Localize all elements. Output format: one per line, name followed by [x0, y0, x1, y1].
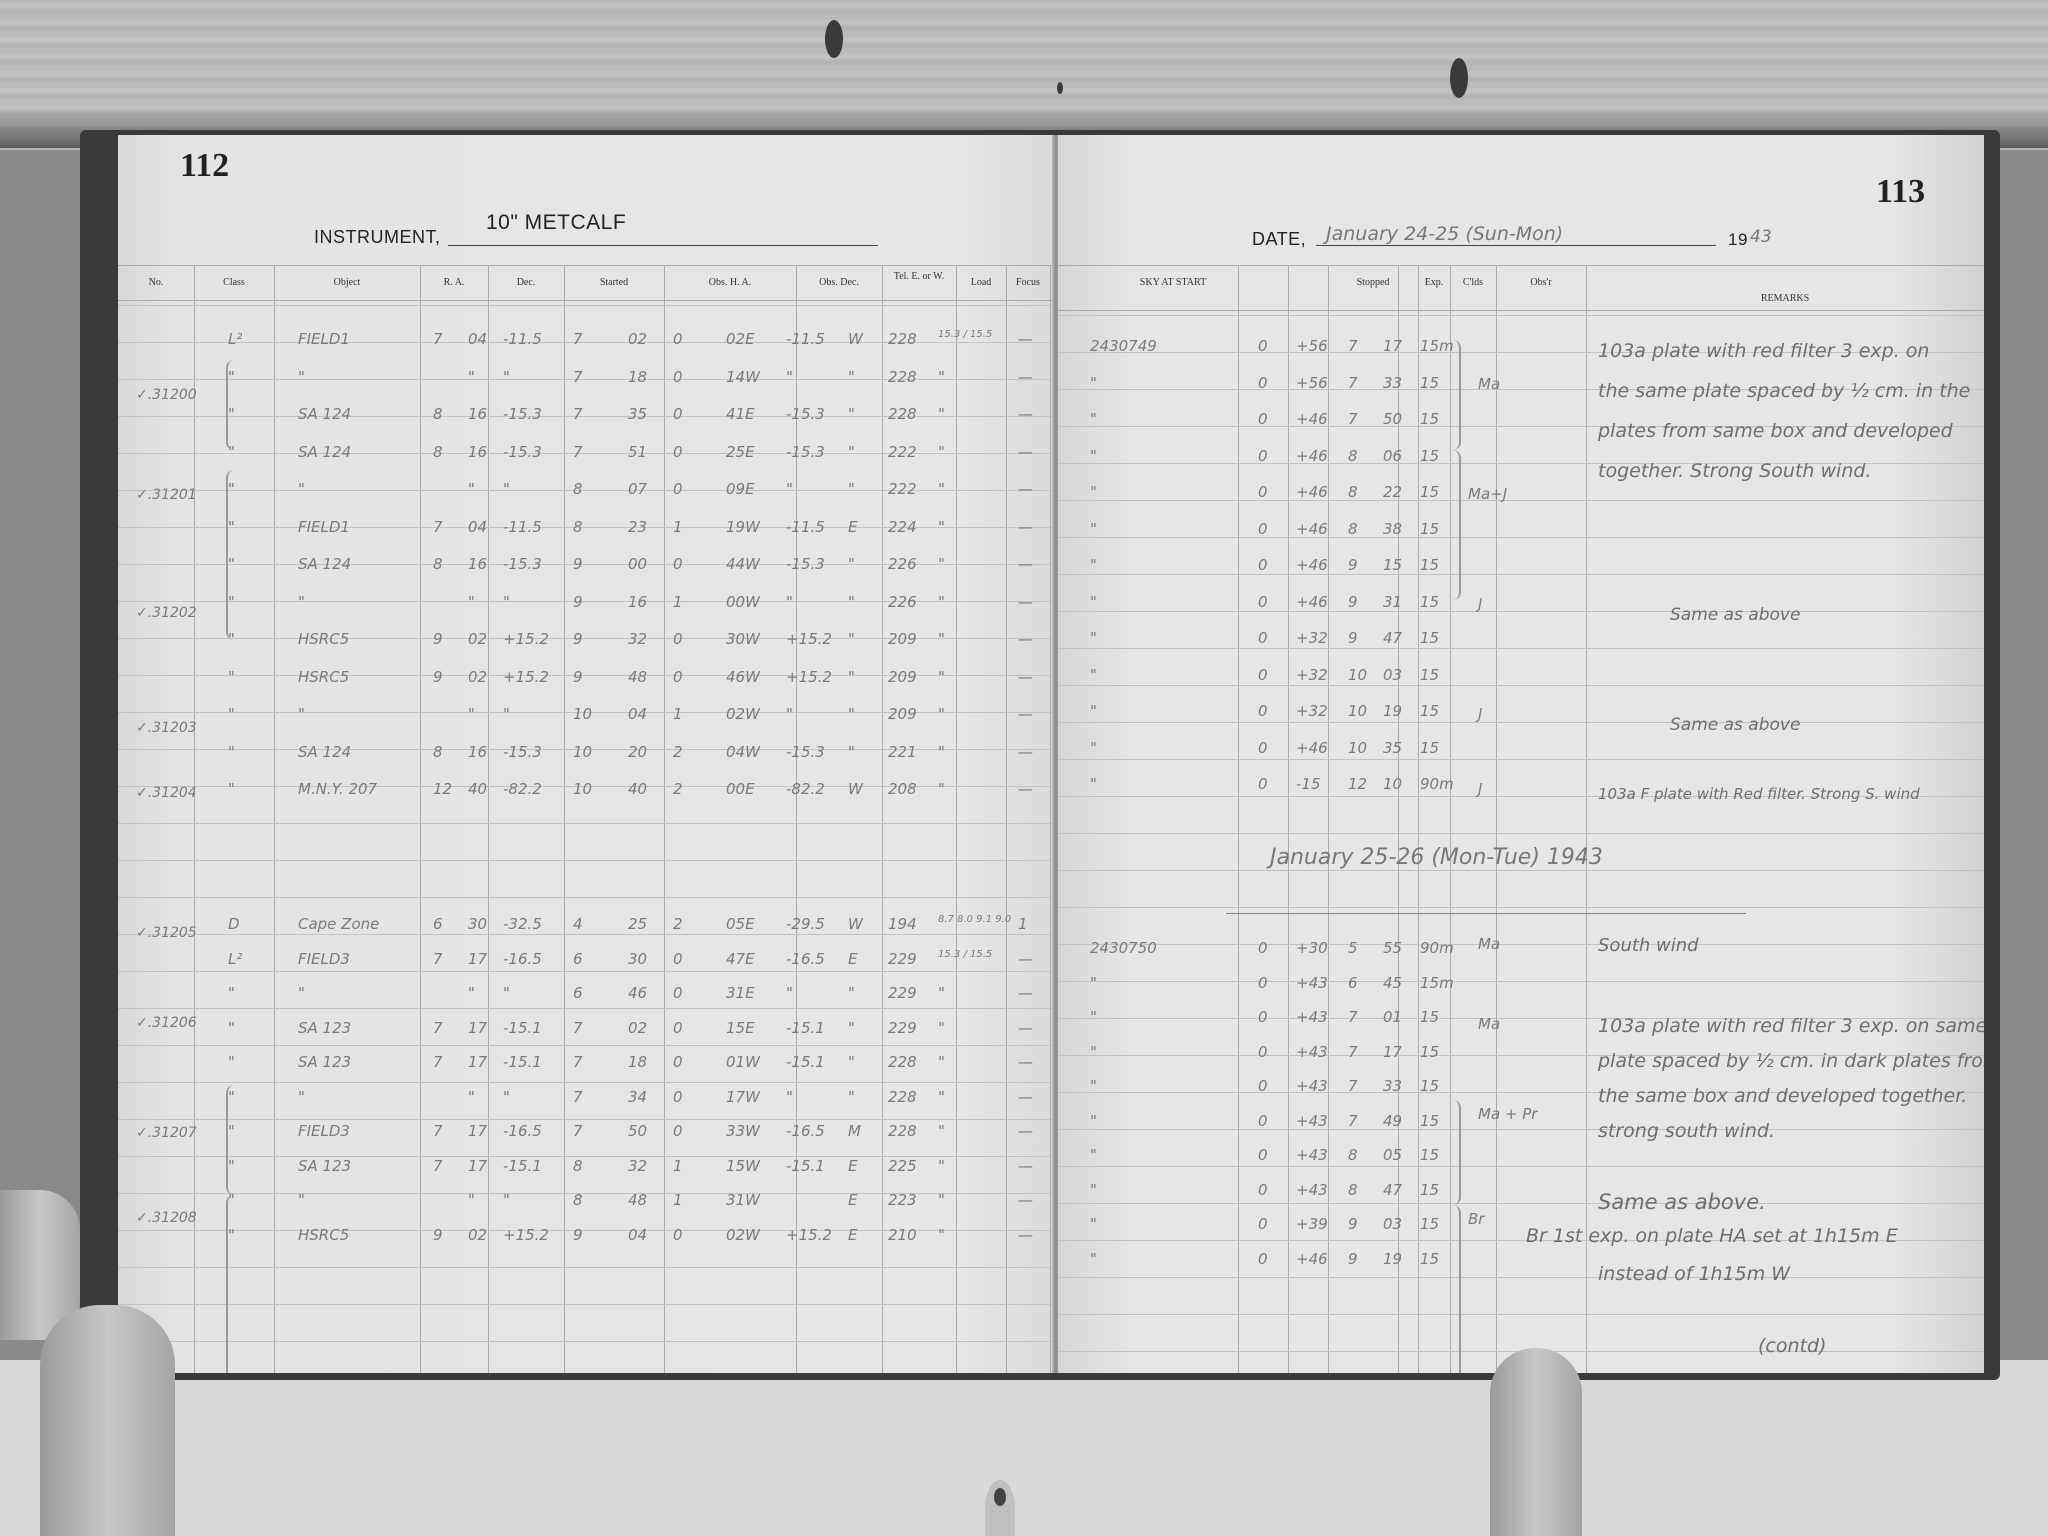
cell-sky: "	[1090, 775, 1097, 793]
cell-ra-h: 7	[433, 518, 443, 536]
cell-prisms: —	[1018, 1122, 1033, 1140]
cell-ra-m: "	[468, 368, 475, 386]
cell-obs-dec: +15.2	[786, 630, 832, 648]
cell-dec: "	[503, 480, 510, 498]
cell-ha-m: 00E	[726, 780, 755, 798]
observer-initials: Ma + Pr	[1478, 1105, 1537, 1123]
cell-start-m: 32	[628, 630, 647, 648]
cell-tel: "	[848, 668, 855, 686]
cell-ha-h: 0	[673, 480, 683, 498]
cell-load: 210	[888, 1226, 917, 1244]
cell-focus: "	[938, 1053, 945, 1071]
cell-ra-m: 16	[468, 405, 487, 423]
table-row: """"646031E""229"—	[118, 980, 1056, 1006]
row-rule	[1058, 1277, 1984, 1278]
table-row: "HSRC5902+15.2932030W+15.2"209"—	[118, 626, 1056, 652]
cell-tel: "	[848, 1053, 855, 1071]
cell-start-m: 04	[628, 1226, 647, 1244]
cell-start-h: 4	[573, 915, 583, 933]
bracket-brace	[226, 1195, 234, 1373]
cell-object: FIELD1	[298, 518, 350, 536]
column-header: SKY AT START	[1058, 277, 1288, 288]
header-top-rule	[1058, 265, 1984, 266]
table-row: "0+4691515	[1058, 552, 1984, 578]
cell-obs-dec: -11.5	[786, 518, 825, 536]
cell-object: Cape Zone	[298, 915, 379, 933]
cell-start-h: 10	[573, 705, 592, 723]
cell-a: 0	[1258, 1181, 1268, 1199]
table-row: "M.N.Y. 2071240-82.21040200E-82.2W208"—	[118, 776, 1056, 802]
cell-focus: "	[938, 780, 945, 798]
table-row: "0+4380515	[1058, 1142, 1984, 1168]
observer-initials: J	[1478, 705, 1482, 723]
cell-prisms: —	[1018, 1191, 1033, 1209]
cell-obs-dec: "	[786, 705, 793, 723]
cell-ra-m: 17	[468, 1122, 487, 1140]
cell-prisms: —	[1018, 368, 1033, 386]
bracket-brace	[226, 360, 234, 450]
cell-dec: "	[503, 984, 510, 1002]
cell-prisms: —	[1018, 555, 1033, 573]
cell-exp: 15	[1420, 1181, 1439, 1199]
cell-obs-dec: -16.5	[786, 1122, 825, 1140]
column-header: REMARKS	[1586, 293, 1984, 304]
plate-number: ✓.31202	[136, 605, 197, 621]
cell-focus: "	[938, 1191, 945, 1209]
cell-stop-m: 45	[1383, 974, 1402, 992]
table-row: "0+46103515	[1058, 735, 1984, 761]
cell-ha-m: 05E	[726, 915, 755, 933]
table-row: "0+4364515m	[1058, 970, 1984, 996]
instrument-label: INSTRUMENT,	[314, 227, 441, 248]
cell-dec: -16.5	[503, 950, 542, 968]
cell-b: +46	[1296, 556, 1328, 574]
cell-start-m: 02	[628, 1019, 647, 1037]
cell-ra-m: 17	[468, 950, 487, 968]
table-row: DCape Zone630-32.5425205E-29.5W1948.7 8.…	[118, 911, 1056, 937]
cell-ha-m: 41E	[726, 405, 755, 423]
cell-stop-m: 10	[1383, 775, 1402, 793]
pushpin-head	[994, 1488, 1006, 1506]
cell-start-h: 10	[573, 780, 592, 798]
cell-dec: -82.2	[503, 780, 542, 798]
cell-stop-m: 35	[1383, 739, 1402, 757]
cell-stop-m: 33	[1383, 1077, 1402, 1095]
cell-start-m: 23	[628, 518, 647, 536]
cell-stop-m: 17	[1383, 1043, 1402, 1061]
cell-sky: "	[1090, 1008, 1097, 1026]
cell-load: 209	[888, 668, 917, 686]
cell-ra-m: 17	[468, 1157, 487, 1175]
row-rule	[118, 1304, 1056, 1305]
cell-sky: "	[1090, 556, 1097, 574]
cell-a: 0	[1258, 1146, 1268, 1164]
cell-dec: "	[503, 705, 510, 723]
cell-stop-h: 9	[1348, 1215, 1358, 1233]
cell-ha-m: 00W	[726, 593, 760, 611]
continued-note: (contd)	[1758, 1335, 1826, 1357]
cell-dec: "	[503, 1191, 510, 1209]
cell-obs-dec: -15.3	[786, 743, 825, 761]
row-rule	[118, 1045, 1056, 1046]
cell-obs-dec: -82.2	[786, 780, 825, 798]
cell-object: SA 123	[298, 1053, 351, 1071]
cell-stop-h: 8	[1348, 520, 1358, 538]
cell-exp: 15	[1420, 666, 1439, 684]
cell-ha-h: 0	[673, 668, 683, 686]
cell-load: 209	[888, 630, 917, 648]
column-header: Obs. Dec.	[796, 277, 882, 288]
cell-object: SA 124	[298, 743, 351, 761]
cell-start-m: 18	[628, 1053, 647, 1071]
observer-initials: Br	[1468, 1210, 1484, 1228]
cell-ra-m: 02	[468, 630, 487, 648]
cell-sky: "	[1090, 666, 1097, 684]
row-rule	[118, 897, 1056, 898]
cell-prisms: —	[1018, 1157, 1033, 1175]
cell-class: L²	[228, 330, 242, 348]
cell-tel: "	[848, 743, 855, 761]
cell-load: 229	[888, 1019, 917, 1037]
table-row: "0+3294715	[1058, 625, 1984, 651]
cell-sky: "	[1090, 1077, 1097, 1095]
cell-exp: 90m	[1420, 939, 1454, 957]
cell-exp: 15	[1420, 556, 1439, 574]
cell-tel: W	[848, 330, 863, 348]
cell-ra-m: 16	[468, 555, 487, 573]
cell-prisms: —	[1018, 984, 1033, 1002]
cell-prisms: —	[1018, 480, 1033, 498]
cell-object: HSRC5	[298, 630, 349, 648]
cell-a: 0	[1258, 410, 1268, 428]
cell-ha-m: 02W	[726, 1226, 760, 1244]
cell-start-h: 6	[573, 950, 583, 968]
date-underline	[1316, 245, 1716, 246]
cell-start-m: 16	[628, 593, 647, 611]
cell-ha-h: 0	[673, 630, 683, 648]
column-header: Obs. H. A.	[664, 277, 796, 288]
cell-start-h: 8	[573, 518, 583, 536]
column-header: Load	[956, 277, 1006, 288]
cell-stop-m: 03	[1383, 1215, 1402, 1233]
cell-ha-m: 01W	[726, 1053, 760, 1071]
cell-dec: +15.2	[503, 630, 549, 648]
cell-focus: "	[938, 630, 945, 648]
cell-start-m: 07	[628, 480, 647, 498]
cell-start-h: 7	[573, 1088, 583, 1106]
cell-obs-dec: -15.1	[786, 1157, 825, 1175]
cell-load: 228	[888, 1053, 917, 1071]
cell-dec: +15.2	[503, 1226, 549, 1244]
bracket-brace	[226, 470, 234, 640]
cell-object: FIELD1	[298, 330, 350, 348]
cell-sky: "	[1090, 374, 1097, 392]
cell-ra-m: "	[468, 593, 475, 611]
cell-ha-h: 0	[673, 368, 683, 386]
cell-exp: 15m	[1420, 974, 1454, 992]
cell-a: 0	[1258, 1043, 1268, 1061]
plate-number: ✓.31201	[136, 487, 197, 503]
cell-obs-dec: "	[786, 1088, 793, 1106]
cell-dec: "	[503, 1088, 510, 1106]
cell-start-m: 46	[628, 984, 647, 1002]
cell-ha-h: 1	[673, 593, 683, 611]
cell-start-h: 9	[573, 555, 583, 573]
cell-stop-h: 10	[1348, 739, 1367, 757]
cell-ra-h: 8	[433, 743, 443, 761]
instrument-underline	[448, 245, 878, 246]
table-row: "0+32101915	[1058, 698, 1984, 724]
cell-sky: 2430749	[1090, 337, 1157, 355]
cell-stop-h: 7	[1348, 1043, 1358, 1061]
cell-obs-dec: +15.2	[786, 668, 832, 686]
header-bottom-rule	[1058, 310, 1984, 311]
cell-sky: "	[1090, 1215, 1097, 1233]
cell-stop-m: 31	[1383, 593, 1402, 611]
cell-focus: "	[938, 405, 945, 423]
cell-focus: "	[938, 1157, 945, 1175]
cell-focus: "	[938, 443, 945, 461]
table-row: """"734017W""228"—	[118, 1084, 1056, 1110]
cell-tel: W	[848, 780, 863, 798]
cell-b: +46	[1296, 447, 1328, 465]
cell-prisms: —	[1018, 443, 1033, 461]
cell-object: "	[298, 593, 305, 611]
table-row: """"916100W""226"—	[118, 589, 1056, 615]
cell-class: D	[228, 915, 240, 933]
cell-exp: 15	[1420, 1112, 1439, 1130]
cell-stop-h: 7	[1348, 1008, 1358, 1026]
cell-class: "	[228, 1019, 235, 1037]
cell-ra-h: 7	[433, 1122, 443, 1140]
cell-stop-h: 9	[1348, 1250, 1358, 1268]
cell-ha-h: 0	[673, 950, 683, 968]
cell-sky: "	[1090, 629, 1097, 647]
right-page: 113 DATE, January 24-25 (Sun-Mon) 19 43 …	[1058, 135, 1984, 1373]
cell-ha-m: 31E	[726, 984, 755, 1002]
cell-object: "	[298, 984, 305, 1002]
table-row: "HSRC5902+15.2948046W+15.2"209"—	[118, 664, 1056, 690]
cell-ra-m: "	[468, 705, 475, 723]
cell-focus: "	[938, 555, 945, 573]
plate-number: ✓.31208	[136, 1210, 197, 1226]
cell-start-h: 7	[573, 1122, 583, 1140]
cell-stop-m: 05	[1383, 1146, 1402, 1164]
cell-dec: -15.3	[503, 405, 542, 423]
section-date-heading: January 25-26 (Mon-Tue) 1943	[1270, 845, 1603, 870]
cell-exp: 15m	[1420, 337, 1454, 355]
table-row: "SA 123717-15.1718001W-15.1"228"—	[118, 1049, 1056, 1075]
wood-knot	[825, 20, 843, 58]
cell-start-m: 20	[628, 743, 647, 761]
bracket-brace	[226, 1085, 234, 1195]
cell-a: 0	[1258, 1250, 1268, 1268]
cell-start-m: 48	[628, 668, 647, 686]
cell-tel: "	[848, 480, 855, 498]
cell-b: +46	[1296, 739, 1328, 757]
remark-line: 103a F plate with Red filter. Strong S. …	[1598, 785, 1920, 803]
cell-class: L²	[228, 950, 242, 968]
cell-dec: -11.5	[503, 330, 542, 348]
cell-b: +43	[1296, 1146, 1328, 1164]
cell-prisms: —	[1018, 630, 1033, 648]
table-row: "FIELD3717-16.5750033W-16.5M228"—	[118, 1118, 1056, 1144]
table-row: "0+4682215	[1058, 479, 1984, 505]
observer-initials: Ma	[1478, 935, 1500, 953]
cell-a: 0	[1258, 702, 1268, 720]
cell-prisms: —	[1018, 705, 1033, 723]
cell-a: 0	[1258, 939, 1268, 957]
cell-dec: -15.3	[503, 443, 542, 461]
table-row: L²FIELD3717-16.5630047E-16.5E22915.3 / 1…	[118, 946, 1056, 972]
observer-initials: Ma+J	[1468, 485, 1507, 503]
cell-stop-h: 8	[1348, 483, 1358, 501]
column-header: Dec.	[488, 277, 564, 288]
cell-ha-m: 19W	[726, 518, 760, 536]
cell-ha-h: 2	[673, 780, 683, 798]
cell-start-m: 51	[628, 443, 647, 461]
cell-start-h: 7	[573, 405, 583, 423]
cell-ra-h: 9	[433, 1226, 443, 1244]
year-prefix: 19	[1728, 230, 1748, 250]
cell-focus: 15.3 / 15.5	[938, 950, 992, 960]
table-row: L²FIELD1704-11.5702002E-11.5W22815.3 / 1…	[118, 326, 1056, 352]
cell-a: 0	[1258, 1215, 1268, 1233]
cell-stop-m: 55	[1383, 939, 1402, 957]
column-header: Tel. E. or W.	[882, 271, 956, 282]
row-rule	[1058, 315, 1984, 316]
cell-obs-dec: -11.5	[786, 330, 825, 348]
cell-ha-m: 46W	[726, 668, 760, 686]
cell-ra-m: 02	[468, 1226, 487, 1244]
cell-start-m: 48	[628, 1191, 647, 1209]
cell-tel: "	[848, 1019, 855, 1037]
cell-ra-h: 7	[433, 330, 443, 348]
cell-start-h: 9	[573, 1226, 583, 1244]
cell-focus: "	[938, 984, 945, 1002]
cell-focus: "	[938, 480, 945, 498]
plate-number: ✓.31206	[136, 1015, 197, 1031]
cell-sky: "	[1090, 410, 1097, 428]
cell-ra-m: 04	[468, 330, 487, 348]
wood-knot	[1450, 58, 1468, 98]
cell-object: HSRC5	[298, 668, 349, 686]
cell-class: "	[228, 1053, 235, 1071]
cell-tel: M	[848, 1122, 861, 1140]
cell-start-m: 50	[628, 1122, 647, 1140]
table-row: "SA 124816-15.3900044W-15.3"226"—	[118, 551, 1056, 577]
cell-b: +43	[1296, 974, 1328, 992]
bracket-brace	[1453, 450, 1461, 600]
column-header: R. A.	[420, 277, 488, 288]
cell-dec: -16.5	[503, 1122, 542, 1140]
cell-ra-m: "	[468, 1088, 475, 1106]
cell-start-m: 40	[628, 780, 647, 798]
cell-obs-dec: -15.3	[786, 405, 825, 423]
cell-sky: "	[1090, 1146, 1097, 1164]
remark-line: the same plate spaced by ½ cm. in the	[1598, 380, 1970, 402]
cell-start-h: 8	[573, 1191, 583, 1209]
table-row: "0+32100315	[1058, 662, 1984, 688]
cell-exp: 15	[1420, 1215, 1439, 1233]
cell-load: 228	[888, 405, 917, 423]
cell-start-h: 7	[573, 330, 583, 348]
cell-focus: "	[938, 518, 945, 536]
cell-b: +46	[1296, 520, 1328, 538]
cell-tel: "	[848, 405, 855, 423]
date-value: January 24-25 (Sun-Mon)	[1326, 223, 1563, 245]
cell-focus: "	[938, 1122, 945, 1140]
cell-class: "	[228, 984, 235, 1002]
table-row: "SA 124816-15.3735041E-15.3"228"—	[118, 401, 1056, 427]
cell-start-m: 25	[628, 915, 647, 933]
cell-stop-h: 12	[1348, 775, 1367, 793]
cell-tel: E	[848, 1157, 857, 1175]
cell-object: HSRC5	[298, 1226, 349, 1244]
cell-dec: "	[503, 593, 510, 611]
cell-obs-dec: "	[786, 368, 793, 386]
cell-load: 228	[888, 330, 917, 348]
cell-ha-m: 33W	[726, 1122, 760, 1140]
row-rule	[1058, 1314, 1984, 1315]
cell-ra-m: 16	[468, 743, 487, 761]
remark-line: instead of 1h15m W	[1598, 1263, 1790, 1285]
table-row: "0+4693115	[1058, 589, 1984, 615]
cell-exp: 15	[1420, 1043, 1439, 1061]
cell-focus: "	[938, 705, 945, 723]
cell-ha-h: 1	[673, 1191, 683, 1209]
column-header: No.	[118, 277, 194, 288]
cell-object: FIELD3	[298, 1122, 350, 1140]
cell-ha-m: 30W	[726, 630, 760, 648]
cell-stop-h: 10	[1348, 702, 1367, 720]
column-header: Started	[564, 277, 664, 288]
instrument-value: 10" METCALF	[486, 211, 626, 235]
row-rule	[1058, 1203, 1984, 1204]
cell-obs-dec: -29.5	[786, 915, 825, 933]
cell-load: 228	[888, 1088, 917, 1106]
cell-ha-h: 0	[673, 443, 683, 461]
cell-ha-h: 0	[673, 1088, 683, 1106]
remark-line: 103a plate with red filter 3 exp. on	[1598, 340, 1929, 362]
cell-tel: "	[848, 368, 855, 386]
cell-obs-dec: -15.1	[786, 1019, 825, 1037]
cell-obs-dec: "	[786, 984, 793, 1002]
cell-focus: "	[938, 743, 945, 761]
cell-ha-m: 04W	[726, 743, 760, 761]
cell-dec: -32.5	[503, 915, 542, 933]
cell-exp: 15	[1420, 629, 1439, 647]
cell-start-h: 8	[573, 480, 583, 498]
cell-load: 222	[888, 480, 917, 498]
cell-start-h: 7	[573, 443, 583, 461]
cell-sky: "	[1090, 1250, 1097, 1268]
cell-ha-h: 0	[673, 984, 683, 1002]
row-rule	[118, 1267, 1056, 1268]
cell-ra-h: 7	[433, 1157, 443, 1175]
cell-ha-h: 0	[673, 1122, 683, 1140]
cell-object: "	[298, 1088, 305, 1106]
cell-ha-m: 09E	[726, 480, 755, 498]
cell-stop-h: 8	[1348, 1146, 1358, 1164]
cell-ra-m: 02	[468, 668, 487, 686]
cell-object: FIELD3	[298, 950, 350, 968]
cell-focus: "	[938, 1088, 945, 1106]
cell-exp: 90m	[1420, 775, 1454, 793]
cell-load: 222	[888, 443, 917, 461]
cell-tel: E	[848, 1226, 857, 1244]
cell-ra-h: 8	[433, 555, 443, 573]
